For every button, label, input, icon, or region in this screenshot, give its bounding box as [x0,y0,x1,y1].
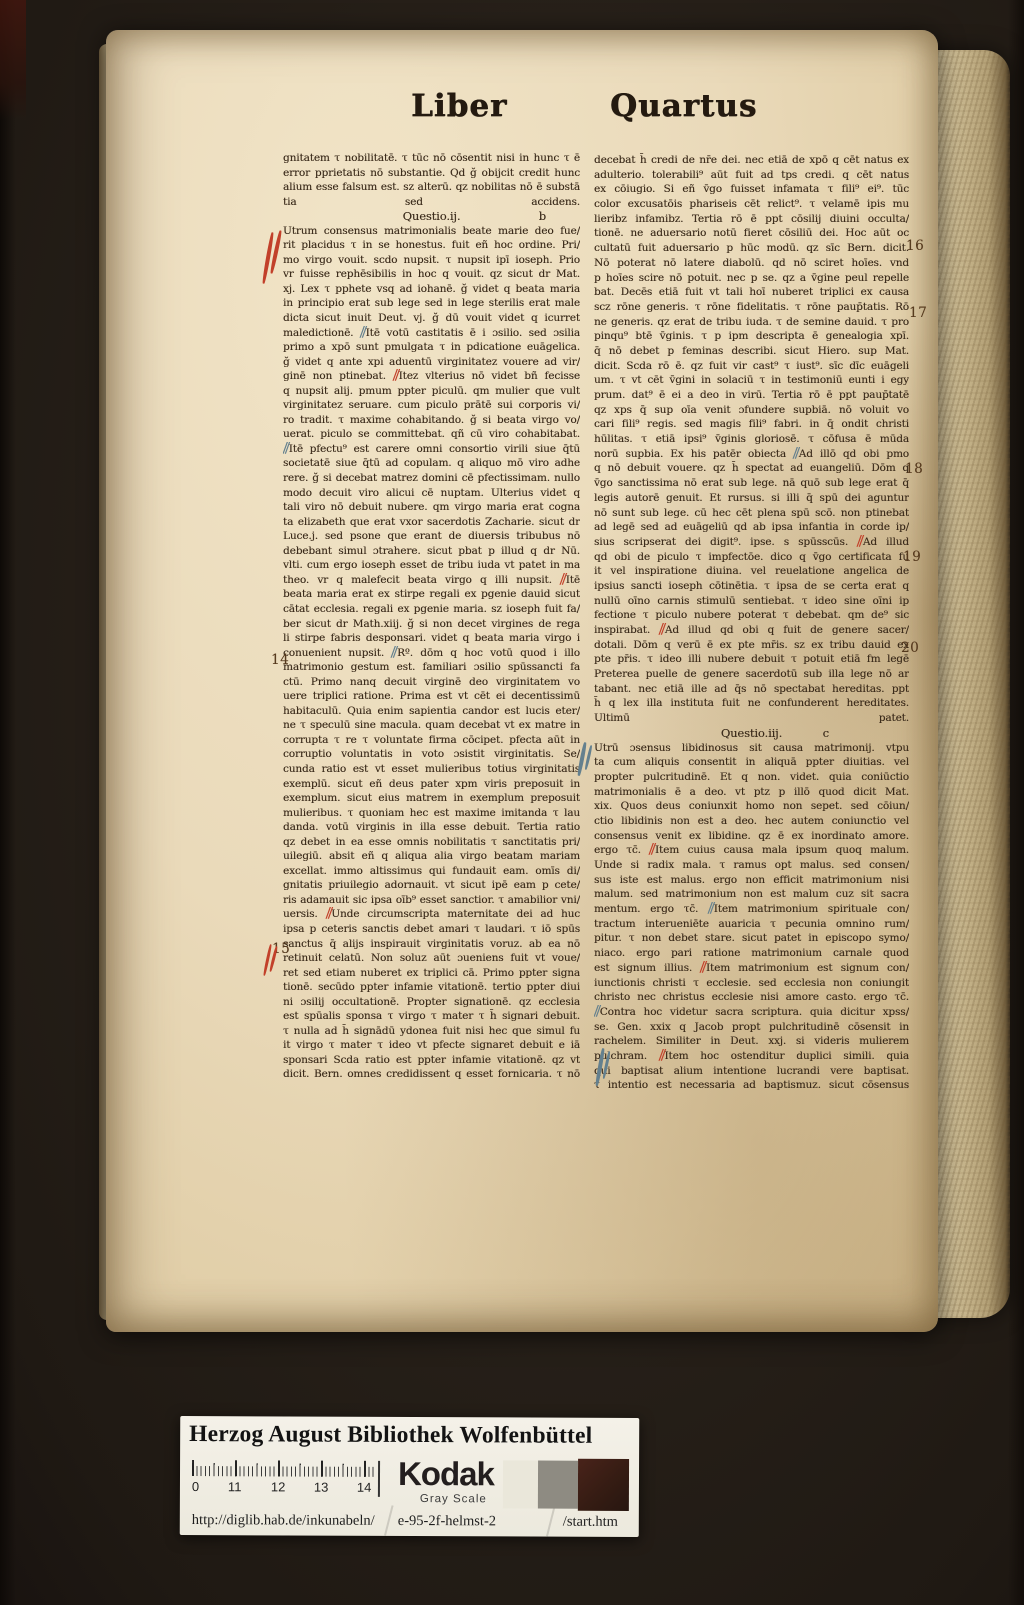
text-line: dotali. Dōm q verū ē ex pte mr̄is. sz ex… [594,638,909,653]
text-line: christo nec christus ecclesie nisi amore… [594,990,909,1005]
text-line: matrimonio gestum est. familiari ɔsilio … [283,660,580,675]
text-line: tionē. secūdo ppter infamie vitationē. t… [283,980,580,995]
text-line: ad legē sed ad euāgeliū qd ab ipsa infan… [594,520,909,535]
text-line: danda. votū virginis in illa esse debuit… [283,820,580,835]
rubrication-flourish-red [266,230,282,288]
text-line: malum. sed matrimonium non est malum cuz… [594,887,909,902]
text-line: iunctionis christi τ ecclesie. sed eccle… [594,976,909,991]
rubric-mark-blue: ∥ [283,442,292,457]
text-line: tabant. nec etiā ille ad q̄s nō spectaba… [594,682,909,697]
ruler-label: 0 [192,1479,199,1494]
text-line: dicit. Scda rō ē. qz fuit vir cast⁹ τ iu… [594,359,909,374]
text-line: pte pr̄is. τ ideo illi nubere debuit τ p… [594,652,909,667]
rubric-mark-blue: ∥ [790,447,802,462]
text-line: color excusatōis phariseis cēt relict⁹. … [594,197,909,212]
text-line: sponsari Scda ratio est ppter infamie vi… [283,1053,580,1068]
ruler-label: 14 [357,1480,372,1495]
text-line: q nupsit alij. pmum ppter piculū. qm mul… [283,384,580,399]
text-line: gnitatis priuilegio adornauit. vt sicut … [283,878,580,893]
text-line: corruptio voluntatis in voto ɔsistit vir… [283,747,580,762]
ruler-end-line [378,1461,380,1497]
text-line: rit placidus τ in se honestus. fuit eñ h… [283,238,580,253]
url-segment: e-95-2f-helmst-2 [398,1513,496,1530]
text-line: ret sed etiam nuberet ex triplici cā. Pr… [283,966,580,981]
text-line: pinqu⁹ btē v̄ginis. τ p ipm descripta ē … [594,329,909,344]
text-line: vlti. cum ergo ioseph esset de tribu iud… [283,558,580,573]
text-line: ris adamauit sic ipsa oīb⁹ esset sanctio… [283,893,580,908]
rubrication-flourish-red [266,944,278,978]
text-line: hūlitas. τ etiā ipsi⁹ v̄ginis gloriosē. … [594,432,909,447]
text-line: q nō debuit vouere. qz h̄ spectat ad eua… [594,461,909,476]
margin-number: 19 [903,549,921,565]
running-title-quartus: Quartus [610,88,757,124]
text-line: nō sunt sub lege. cū hec cēt plena spū s… [594,506,909,521]
text-line: v̄go sanctissima nō erat sub lege. nā qu… [594,476,909,491]
text-line: qz xps q̄ sup oīa venit ɔfundere supbiā.… [594,403,909,418]
text-line: it vel inspiratione diuina. vel reuelati… [594,564,909,579]
text-line: lieribz infamibz. Tertia rō ē ppt cōsili… [594,212,909,227]
text-line: in principio erat sub lege sed in lege s… [283,296,580,311]
text-line: inspirabat. ∥Ad illud qd obi q fuit de g… [594,623,909,638]
rubric-mark-blue: ∥ [388,646,400,661]
rubric-mark-red: ∥ [656,623,668,638]
text-line: dicta sicut inuit Deut. vj. ğ dū vouit v… [283,311,580,326]
rubrication-flourish-blue [580,742,592,778]
text-line: consensus venit ex libidine. qz ē ex ino… [594,829,909,844]
text-line: Utrum consensus matrimonialis beate mari… [283,224,580,239]
text-line: pitur. τ non debet stare. sicut patet in… [594,931,909,946]
text-line: debebant simul ɔtrahere. sicut pbat p il… [283,544,580,559]
rubric-mark-red: ∥ [854,535,866,550]
text-line: ni ɔsilij occultationē. Propter signatio… [283,995,580,1010]
text-line: τ nulla ad h̄ signādū ydonea fuit nisi h… [283,1024,580,1039]
text-line: adulterio. tolerabili⁹ aūt fuit ad tps c… [594,168,909,183]
photograph-background: Liber Quartus gnitatem τ nobilitatē. τ t… [0,0,1024,1605]
rubric-mark-red: ∥ [646,843,658,858]
text-line: Ultimū patet. [594,711,909,726]
library-name: Herzog August Bibliothek Wolfenbüttel [189,1421,592,1450]
text-line: error pprietatis nō substantie. Qd ğ obi… [283,166,580,181]
gray-scale-patch-gray [538,1461,578,1509]
text-line: ergo τc̄. ∥Item cuius causa mala ipsum q… [594,843,909,858]
photo-left-shadow [0,0,16,1605]
text-line: xix. Quos deus coniunxit homo non sepet.… [594,799,909,814]
text-line: ro tradit. τ maxime cohabitando. ğ si be… [283,413,580,428]
text-line: ta cum aliquis consentit in aliquā ppter… [594,755,909,770]
photo-right-shadow [1008,0,1024,1605]
margin-number: 14 [271,652,289,668]
text-line: Utrū ɔsensus libidinosus sit causa matri… [594,741,909,756]
text-line: ctio libidinis non est a deo. hec autem … [594,814,909,829]
margin-number: 20 [901,640,919,656]
text-line: mentum. ergo τc̄. ∥Item matrimonium spir… [594,902,909,917]
text-line: cultatū fuit aduersario p hūc modū. qz s… [594,241,909,256]
text-line: tali viro nō debuit nubere. qm virgo mar… [283,500,580,515]
text-line: q̄ nō debet p feminas describi. sicut Hi… [594,344,909,359]
url-segment: http://diglib.hab.de/inkunabeln/ [192,1512,375,1530]
questio-heading-title: Questio.iij. [721,726,782,740]
text-line: mulieribus. τ quoniam hec est maxime imi… [283,806,580,821]
rubric-mark-red: ∥ [557,573,569,588]
text-line: norū supbia. Ex his patēr obiecta ∥Ad il… [594,447,909,462]
text-line: Unde si radix mala. τ ramus opt malus. s… [594,858,909,873]
text-line: ber sicut dr Math.xiij. ğ si non decet v… [283,617,580,632]
text-line: ∥Contra hoc videtur sacra scriptura. qui… [594,1005,909,1020]
text-line: societatē siue q̄tū ad copulam. q aliquo… [283,456,580,471]
text-line: uere triplici ratione. Prima est vt cēt … [283,689,580,704]
running-title-liber: Liber [411,88,507,124]
text-column-right: decebat h̄ credi de nr̄e dei. nec etiā d… [594,153,909,1093]
bar-seam [546,1506,555,1536]
text-line: ne τ speculū sine macula. quam decebat v… [283,718,580,733]
ruler: 0 11 12 13 14 [190,1460,390,1513]
text-line: vr fuisse rephēsibilis in hoc q vouit. q… [283,267,580,282]
text-line: niaco. ergo pari ratione matrimonium car… [594,946,909,961]
text-line: nullū oīno carnis stimulū sentiebat. τ i… [594,594,909,609]
margin-number: 18 [905,461,923,477]
text-line: bat. Decēs etiā fuit vt tali hoī nuberet… [594,285,909,300]
rubric-mark-red: ∥ [390,369,402,384]
text-line: ∥Itē pfectu⁹ est carere omni consortio v… [283,442,580,457]
margin-number: 16 [906,238,924,254]
photo-corner-stain [0,0,26,120]
text-line: tia sed accidens. [283,195,580,210]
text-line: h̄ q lex illa instituta fuit ne confunde… [594,696,909,711]
text-line: exemplum. sicut eius matrem in exemplum … [283,791,580,806]
rubrication-flourish-blue [598,1048,610,1088]
text-line: ctū. Primo nanq decuit virginē deo virgi… [283,675,580,690]
ruler-cm-ticks [192,1460,378,1477]
text-line: retinuit celatū. Non soluz aūt ɔueniens … [283,951,580,966]
gray-scale-patch-dark [578,1459,629,1511]
text-line: primo a xpō sunt pmulgata τ in pdication… [283,340,580,355]
rubric-mark-blue: ∥ [705,902,717,917]
ruler-label: 12 [271,1479,286,1494]
text-line: theo. vr q malefecit beata virgo q illi … [283,573,580,588]
text-line: prum. dat⁹ ē ei a deo in virū. Tertia rō… [594,388,909,403]
gray-scale-label: Gray Scale [420,1493,487,1505]
rubric-mark-red: ∥ [697,961,709,976]
questio-heading: Questio.ij.b [283,209,580,224]
text-line: ğ videt q ante xpi aduentū virginitatez … [283,355,580,370]
text-line: exemplū. sicut eñ deus pater xpm viris p… [283,777,580,792]
text-line: virginitatez seruare. cum piculo prātē s… [283,398,580,413]
text-line: ne generis. qz erat de tribu iuda. τ de … [594,315,909,330]
text-line: cari fili⁹ regis. sed magis fili⁹ fabri.… [594,417,909,432]
text-line: tractum interueniēte auaricia τ pecunia … [594,917,909,932]
ruler-label: 13 [314,1480,329,1495]
text-line: Luce.j. sed psone que erant de diuersis … [283,529,580,544]
questio-heading: Questio.iij.c [594,726,909,741]
text-line: habitaculū. Quia enim sapientia candor e… [283,704,580,719]
text-line: rere. ğ si decebat matrez domini cē pfec… [283,471,580,486]
text-line: qz debet in ea esse omnis nobilitatis τ … [283,835,580,850]
text-line: ta elizabeth que erat vxor sacerdotis Za… [283,515,580,530]
text-line: Preterea puelle de genere sacerdotū sub … [594,667,909,682]
text-line: xj. Lex τ pphete vsq ad iohanē. ğ videt … [283,282,580,297]
text-line: se. Gen. xxix q Jacob propt pulchritudin… [594,1020,909,1035]
text-line: cātat ecclesia. regali ex pgenie maria. … [283,602,580,617]
url-segment: /start.htm [563,1514,618,1531]
library-info-bar: Herzog August Bibliothek Wolfenbüttel 0 … [180,1416,640,1537]
kodak-logo: Kodak [398,1455,494,1493]
text-line: uerat. piculo se committebat. qñ cū viro… [283,427,580,442]
text-line: pulchram. ∥Item hoc ostenditur duplici s… [594,1049,909,1064]
text-line: um. τ vt cēt v̄gini in solaciū τ in test… [594,373,909,388]
margin-number: 17 [909,305,927,321]
text-line: tionē. ne aduersario notū fieret cōsiliū… [594,226,909,241]
text-line: corrupta τ re τ voluntate firma cōcipet.… [283,733,580,748]
text-line: qui baptisat alium intentione lucrandi v… [594,1064,909,1079]
text-line: alium esse falsum est. sz alterū. qz nob… [283,180,580,195]
text-line: cunda ratio est vt esset mulieribus toti… [283,762,580,777]
text-line: excellat. immo altissimus qui fundauit e… [283,864,580,879]
text-line: legis autorē genuit. Et rursus. si illi … [594,491,909,506]
gray-scale-patch-white [503,1460,538,1508]
text-line: ginē non ptinebat. ∥Itez vlterius nō vid… [283,369,580,384]
text-line: it virgo τ mater τ ideo vt pfecte signar… [283,1038,580,1053]
text-line: uilegiū. absit eñ q aliqua alia virgo be… [283,849,580,864]
text-line: sus iste est malus. ergo non efficit mat… [594,873,909,888]
text-line: propter pulcritudinē. Et q non. videt. q… [594,770,909,785]
text-line: sanctus q̄ alijs inspirauit virginitatis… [283,937,580,952]
questio-heading-letter: c [823,726,829,740]
text-line: scz rōne generis. τ rōne fidelitatis. τ … [594,300,909,315]
text-line: Nō poterat nō latere diabolū. qd nō scir… [594,256,909,271]
text-line: ex cōiugio. Si eñ v̄go fuisset infamata … [594,182,909,197]
text-line: modo decuit viro alicui cē nuptam. Ulter… [283,486,580,501]
text-line: gnitatem τ nobilitatē. τ tūc nō cōsentit… [283,151,580,166]
text-line: p hoīes scire nō potuit. nec p se. qz a … [594,271,909,286]
text-column-left: gnitatem τ nobilitatē. τ tūc nō cōsentit… [283,151,580,1082]
text-line: sius scripserat dei digit⁹. ipse. s spūs… [594,535,909,550]
text-line: fectione τ piculo nubere poterat τ debeb… [594,608,909,623]
rubric-mark-red: ∥ [323,907,335,922]
text-line: beata maria erat ex stirpe regali ex pge… [283,587,580,602]
text-line: maledictionē. ∥Itē votū castitatis ē i ɔ… [283,326,580,341]
text-line: est signum illius. ∥Item matrimonium est… [594,961,909,976]
text-line: ipsius sancti ioseph cōtinētia. τ ipsa d… [594,579,909,594]
rubric-mark-red: ∥ [656,1049,668,1064]
text-line: τ intentio est necessaria ad baptismuz. … [594,1078,909,1093]
text-line: ipsa p ceteris sanctis debet amari τ lau… [283,922,580,937]
text-line: est spūalis sponsa τ virgo τ mater τ h̄ … [283,1009,580,1024]
text-line: qd obi de piculo τ impfectōe. dico q v̄g… [594,550,909,565]
text-line: mo virgo vouit. scdo nupsit. τ nupsit ip… [283,253,580,268]
text-line: li stirpe fabris desponsari. videt q bea… [283,631,580,646]
text-line: rachelem. Similiter in Deut. xxj. si vid… [594,1034,909,1049]
rubric-mark-blue: ∥ [357,326,369,341]
ruler-label: 11 [228,1479,242,1494]
rubric-mark-blue: ∥ [594,1005,603,1020]
questio-heading-title: Questio.ij. [403,209,461,223]
text-line: decebat h̄ credi de nr̄e dei. nec etiā d… [594,153,909,168]
text-line: conuenient nupsit. ∥Rº. dōm q hoc votū q… [283,646,580,661]
text-line: matrimonialis ē a deo. vt ptz p illō quo… [594,785,909,800]
text-line: uersis. ∥Unde circumscripta maternitate … [283,907,580,922]
text-line: dicit. Bern. omnes credidissent q esset … [283,1067,580,1082]
questio-heading-letter: b [539,209,546,223]
